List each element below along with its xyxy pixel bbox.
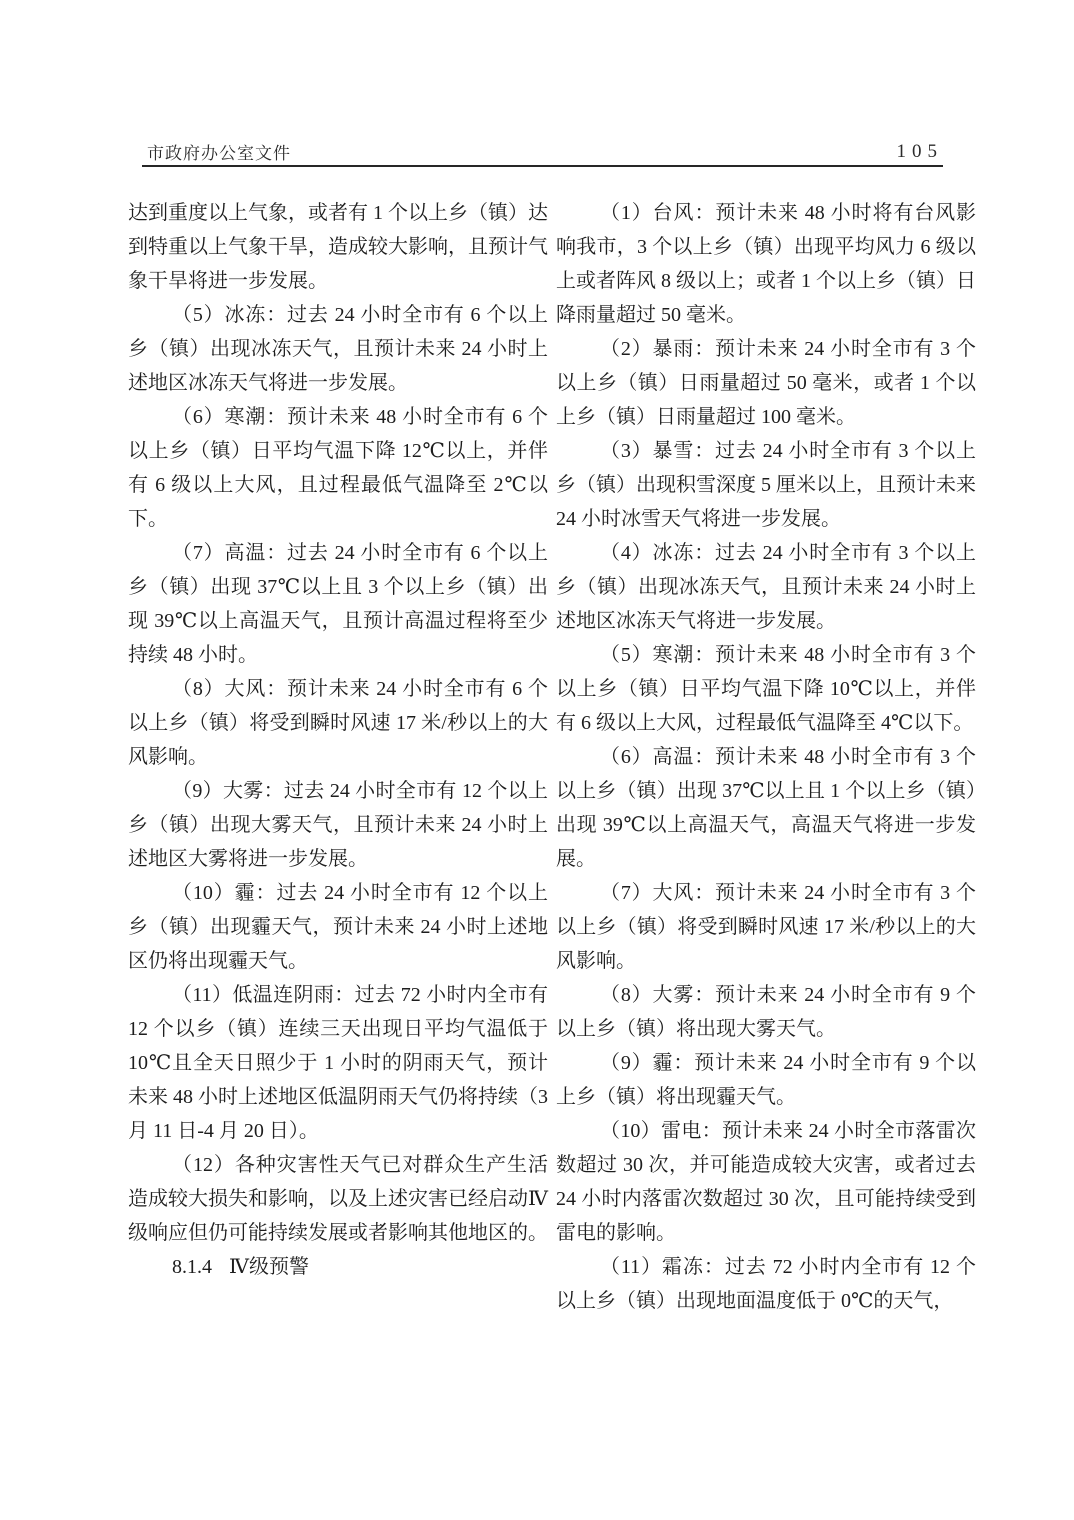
paragraph: （9）霾：预计未来 24 小时全市有 9 个以上乡（镇）将出现霾天气。 [556,1046,976,1114]
page-number: 105 [897,141,944,163]
paragraph: （11）低温连阴雨：过去 72 小时内全市有 12 个以乡（镇）连续三天出现日平… [128,978,548,1148]
paragraph: （8）大雾：预计未来 24 小时全市有 9 个以上乡（镇）将出现大雾天气。 [556,978,976,1046]
paragraph: （10）霾：过去 24 小时全市有 12 个以上乡（镇）出现霾天气，预计未来 2… [128,876,548,978]
paragraph: （11）霜冻：过去 72 小时内全市有 12 个以上乡（镇）出现地面温度低于 0… [556,1250,976,1318]
paragraph: （6）寒潮：预计未来 48 小时全市有 6 个以上乡（镇）日平均气温下降 12℃… [128,400,548,536]
paragraph: （12）各种灾害性天气已对群众生产生活造成较大损失和影响，以及上述灾害已经启动Ⅳ… [128,1148,548,1250]
paragraph: （4）冰冻：过去 24 小时全市有 3 个以上乡（镇）出现冰冻天气，且预计未来 … [556,536,976,638]
paragraph: （7）高温：过去 24 小时全市有 6 个以上乡（镇）出现 37℃以上且 3 个… [128,536,548,672]
document-page: 市政府办公室文件 105 达到重度以上气象，或者有 1 个以上乡（镇）达到特重以… [0,0,1074,1520]
paragraph: （1）台风：预计未来 48 小时将有台风影响我市，3 个以上乡（镇）出现平均风力… [556,196,976,332]
paragraph: （2）暴雨：预计未来 24 小时全市有 3 个以上乡（镇）日雨量超过 50 毫米… [556,332,976,434]
paragraph: （8）大风：预计未来 24 小时全市有 6 个以上乡（镇）将受到瞬时风速 17 … [128,672,548,774]
paragraph: （7）大风：预计未来 24 小时全市有 3 个以上乡（镇）将受到瞬时风速 17 … [556,876,976,978]
paragraph: （10）雷电：预计未来 24 小时全市落雷次数超过 30 次，并可能造成较大灾害… [556,1114,976,1250]
paragraph: （3）暴雪：过去 24 小时全市有 3 个以上乡（镇）出现积雪深度 5 厘米以上… [556,434,976,536]
header-rule [142,165,943,167]
column-left: 达到重度以上气象，或者有 1 个以上乡（镇）达到特重以上气象干旱，造成较大影响，… [128,196,548,1284]
section-heading: 8.1.4 Ⅳ级预警 [128,1250,548,1284]
paragraph: （5）寒潮：预计未来 48 小时全市有 3 个以上乡（镇）日平均气温下降 10℃… [556,638,976,740]
paragraph: （5）冰冻：过去 24 小时全市有 6 个以上乡（镇）出现冰冻天气，且预计未来 … [128,298,548,400]
paragraph: 达到重度以上气象，或者有 1 个以上乡（镇）达到特重以上气象干旱，造成较大影响，… [128,196,548,298]
column-right: （1）台风：预计未来 48 小时将有台风影响我市，3 个以上乡（镇）出现平均风力… [556,196,976,1318]
header-doc-label: 市政府办公室文件 [147,139,291,164]
paragraph: （9）大雾：过去 24 小时全市有 12 个以上乡（镇）出现大雾天气，且预计未来… [128,774,548,876]
paragraph: （6）高温：预计未来 48 小时全市有 3 个以上乡（镇）出现 37℃以上且 1… [556,740,976,876]
